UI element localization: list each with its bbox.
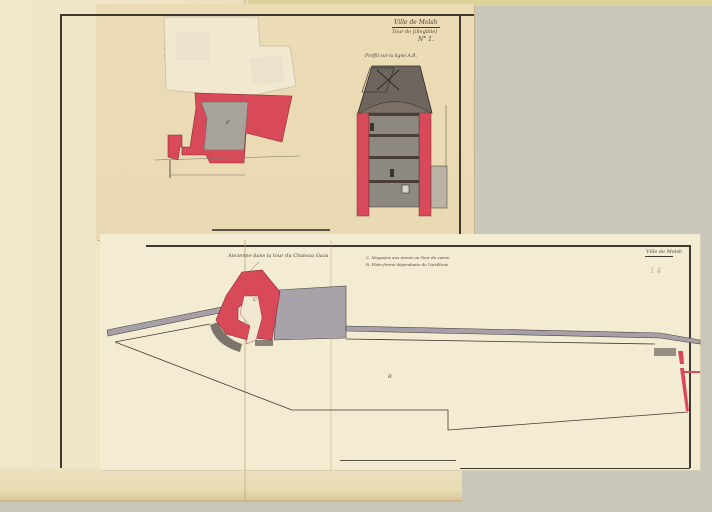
- area-label: R: [388, 375, 392, 380]
- lower-frame-bottom: [460, 468, 690, 469]
- bastion-label: C: [253, 298, 257, 303]
- fortification-site-plan: [0, 0, 712, 512]
- lower-scale-bar: [340, 460, 456, 461]
